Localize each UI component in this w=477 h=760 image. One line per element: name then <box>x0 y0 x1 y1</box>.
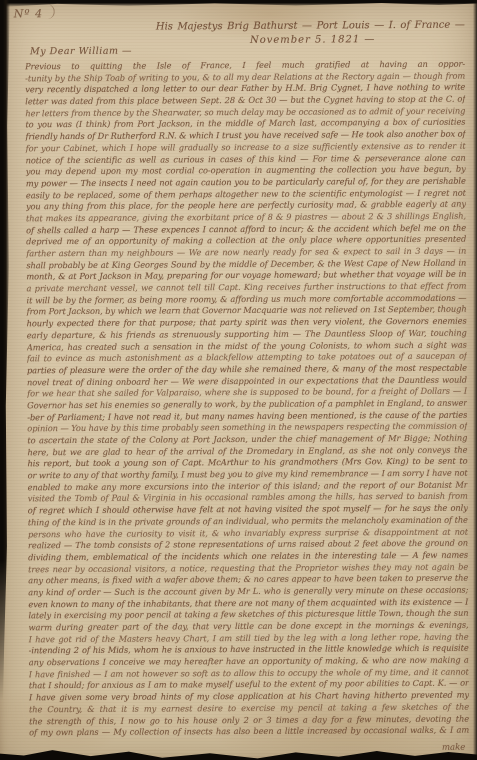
folio-flourish <box>42 4 55 19</box>
letter-salutation: My Dear William — <box>30 46 132 58</box>
folio-number: Nº 4 <box>14 7 43 20</box>
handwriting-layer: Nº 4 His Majestys Brig Bathurst — Port L… <box>0 0 477 760</box>
letter-scan: Nº 4 His Majestys Brig Bathurst — Port L… <box>0 0 477 760</box>
letter-heading-date: November 5. 1821 — <box>250 34 400 46</box>
catchword: make <box>442 743 465 753</box>
letter-body: Previous to quitting the Isle of France,… <box>25 59 469 744</box>
letter-heading-place: His Majestys Brig Bathurst — Port Louis … <box>156 20 465 33</box>
handwriting-line: of my own plans — My collection of insec… <box>29 725 469 739</box>
